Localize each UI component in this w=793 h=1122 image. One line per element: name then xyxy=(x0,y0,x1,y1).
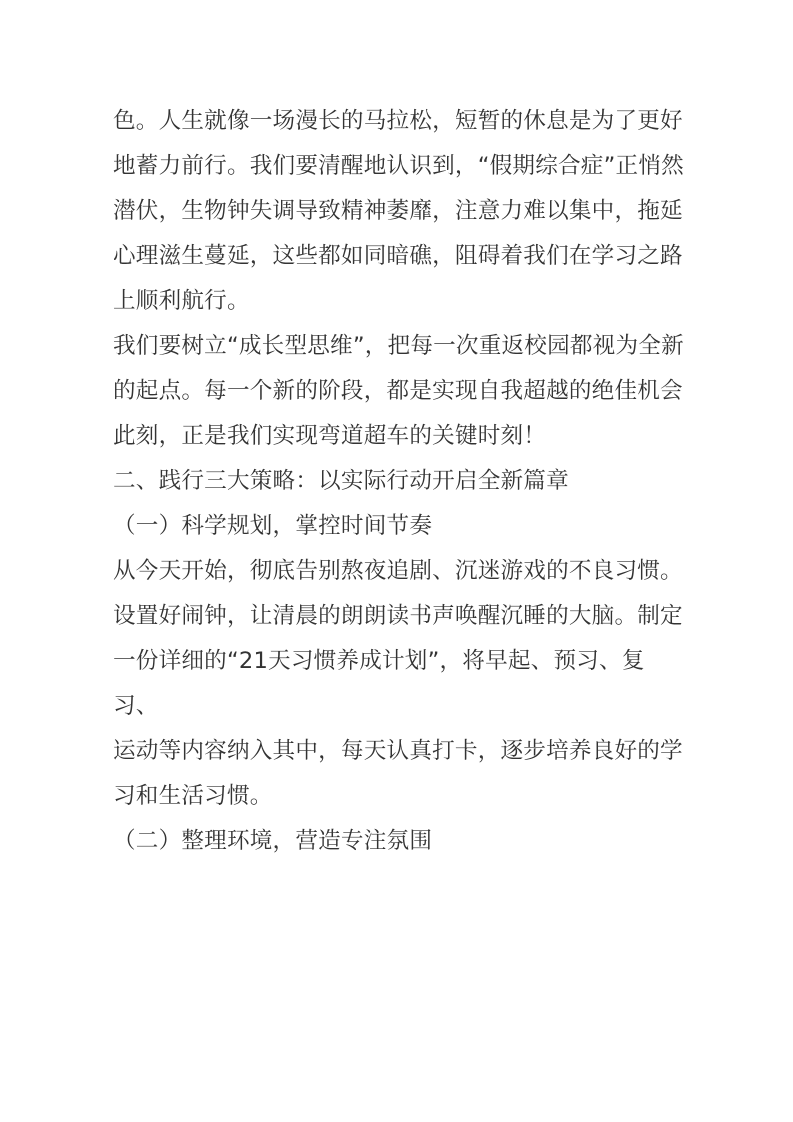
paragraph-holiday-syndrome: 色。人生就像一场漫长的马拉松，短暂的休息是为了更好 地蓄力前行。我们要清醒地认识… xyxy=(113,99,685,324)
paragraph-growth-mindset: 我们要树立“成长型思维”，把每一次重返校园都视为全新 的起点。每一个新的阶段，都… xyxy=(113,324,685,459)
paragraph-habit-plan: 从今天开始，彻底告别熬夜追剧、沉迷游戏的不良习惯。 设置好闹钟，让清晨的朗朗读书… xyxy=(113,549,685,819)
section-heading-two: 二、践行三大策略：以实际行动开启全新篇章 xyxy=(113,459,685,504)
subsection-heading-two: （二）整理环境，营造专注氛围 xyxy=(113,819,685,864)
document-page: 色。人生就像一场漫长的马拉松，短暂的休息是为了更好 地蓄力前行。我们要清醒地认识… xyxy=(0,0,793,1122)
subsection-heading-one: （一）科学规划，掌控时间节奏 xyxy=(113,504,685,549)
